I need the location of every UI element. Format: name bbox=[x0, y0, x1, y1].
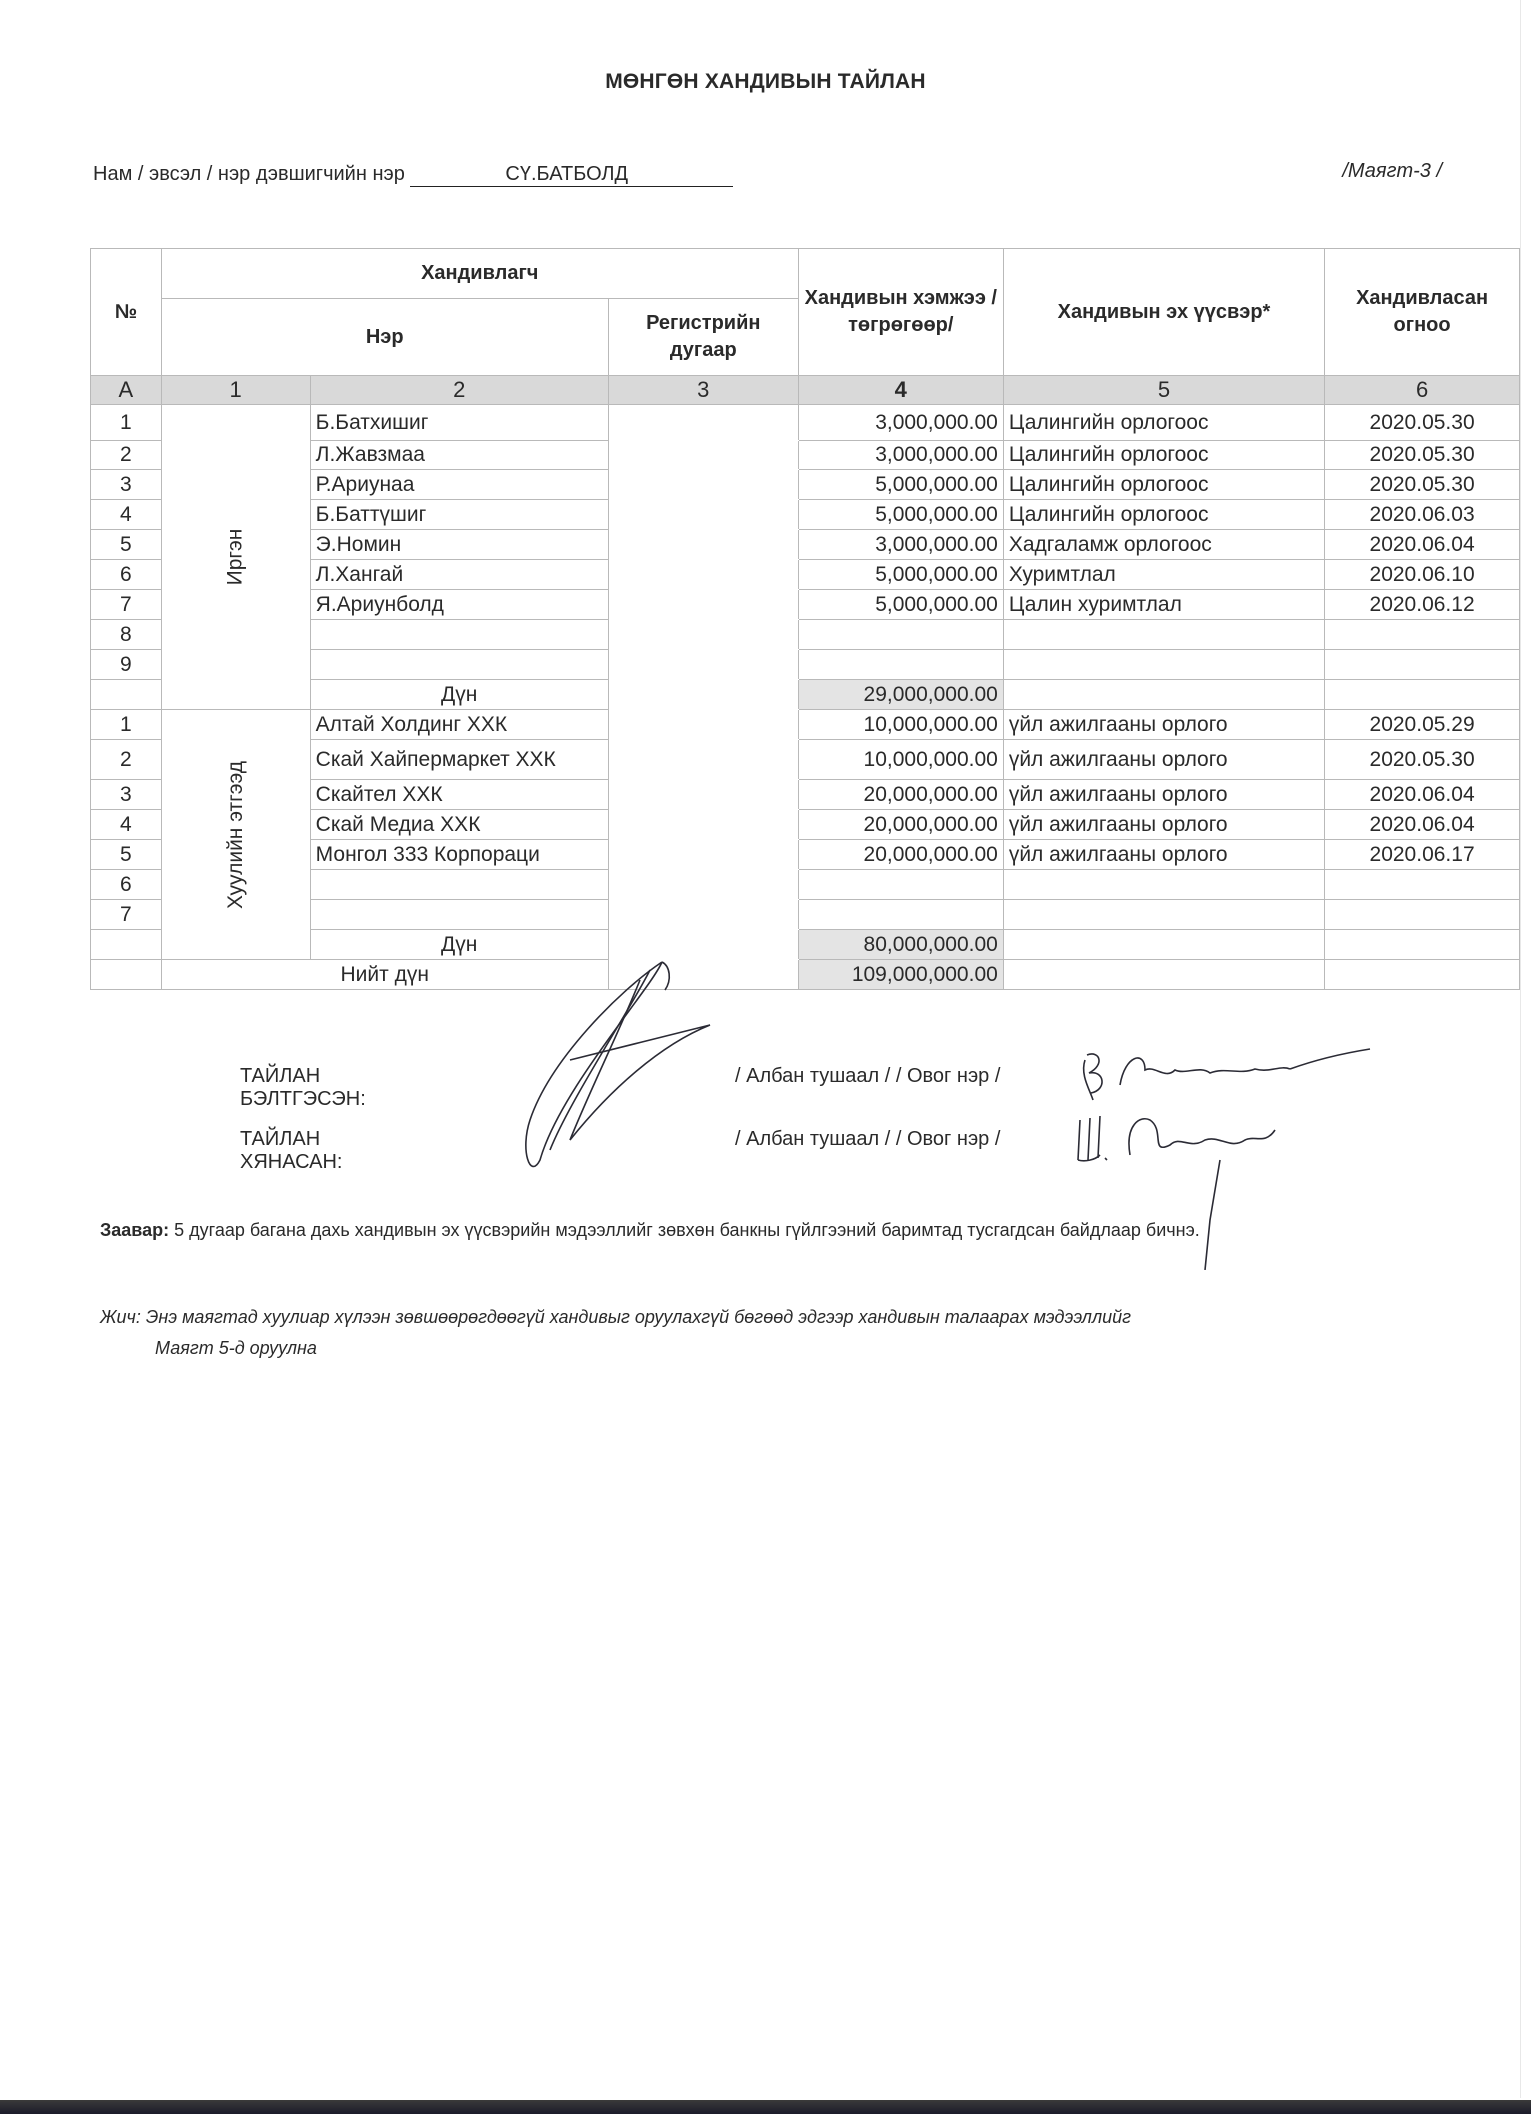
donation-table: № Хандивлагч Хандивын хэмжээ /төгрөгөөр/… bbox=[90, 248, 1520, 990]
donation-source: үйл ажилгааны орлого bbox=[1003, 810, 1324, 840]
subtotal-source-empty bbox=[1003, 930, 1324, 960]
candidate-name: СҮ.БАТБОЛД bbox=[505, 163, 628, 185]
row-number: 3 bbox=[91, 470, 162, 500]
donation-amount: 20,000,000.00 bbox=[798, 840, 1003, 870]
donor-name: Алтай Холдинг ХХК bbox=[310, 710, 608, 740]
group-label-text: Иргэн bbox=[224, 529, 248, 586]
donor-group-label: Иргэн bbox=[161, 405, 310, 710]
index-cell: 3 bbox=[608, 376, 798, 405]
scan-edge bbox=[0, 2100, 1531, 2114]
donation-amount: 5,000,000.00 bbox=[798, 590, 1003, 620]
donation-date: 2020.05.29 bbox=[1325, 710, 1520, 740]
header-source: Хандивын эх үүсвэр* bbox=[1003, 249, 1324, 376]
grand-total-source-empty bbox=[1003, 960, 1324, 990]
row-number: 2 bbox=[91, 441, 162, 470]
registration-number bbox=[608, 780, 798, 810]
subtotal-date-empty bbox=[1325, 680, 1520, 710]
header-amount: Хандивын хэмжээ /төгрөгөөр/ bbox=[798, 249, 1003, 376]
row-number: 3 bbox=[91, 780, 162, 810]
candidate-line: Нам / эвсэл / нэр дэвшигчийн нэр СҮ.БАТБ… bbox=[93, 163, 733, 187]
subtotal-label: Дүн bbox=[310, 680, 608, 710]
header-name: Нэр bbox=[161, 299, 608, 376]
row-number: 6 bbox=[91, 560, 162, 590]
donation-date: 2020.06.17 bbox=[1325, 840, 1520, 870]
signature-prepared-icon bbox=[1075, 1045, 1375, 1105]
donation-amount: 20,000,000.00 bbox=[798, 810, 1003, 840]
header-donor: Хандивлагч bbox=[161, 249, 798, 299]
prepared-label: ТАЙЛАН БЭЛТГЭСЭН: bbox=[240, 1065, 366, 1111]
grand-total-amount: 109,000,000.00 bbox=[798, 960, 1003, 990]
row-number: 5 bbox=[91, 530, 162, 560]
donation-source bbox=[1003, 620, 1324, 650]
donation-date: 2020.06.03 bbox=[1325, 500, 1520, 530]
subtotal-empty bbox=[91, 930, 162, 960]
row-number: 4 bbox=[91, 500, 162, 530]
donation-amount: 5,000,000.00 bbox=[798, 560, 1003, 590]
registration-number bbox=[608, 650, 798, 680]
donor-name: Скайтел ХХК bbox=[310, 780, 608, 810]
donor-name: Монгол 333 Корпораци bbox=[310, 840, 608, 870]
row-number: 8 bbox=[91, 620, 162, 650]
row-number: 4 bbox=[91, 810, 162, 840]
instruction-label: Заавар: bbox=[100, 1220, 169, 1240]
donation-amount: 10,000,000.00 bbox=[798, 740, 1003, 780]
registration-number bbox=[608, 710, 798, 740]
index-cell: 1 bbox=[161, 376, 310, 405]
donation-source: Хуримтлал bbox=[1003, 560, 1324, 590]
registration-number bbox=[608, 560, 798, 590]
donation-amount bbox=[798, 620, 1003, 650]
registration-number bbox=[608, 680, 798, 710]
subtotal-amount: 29,000,000.00 bbox=[798, 680, 1003, 710]
registration-number bbox=[608, 405, 798, 441]
row-number: 7 bbox=[91, 590, 162, 620]
donation-date bbox=[1325, 650, 1520, 680]
donor-name: Б.Батхишиг bbox=[310, 405, 608, 441]
document-title: МӨНГӨН ХАНДИВЫН ТАЙЛАН bbox=[0, 70, 1531, 94]
donor-name: Л.Жавзмаа bbox=[310, 441, 608, 470]
subtotal-amount: 80,000,000.00 bbox=[798, 930, 1003, 960]
registration-number bbox=[608, 620, 798, 650]
donation-source bbox=[1003, 900, 1324, 930]
form-code: /Маягт-3 / bbox=[1342, 160, 1442, 183]
signature-reviewed-icon bbox=[1070, 1110, 1330, 1270]
registration-number bbox=[608, 740, 798, 780]
row-number: 9 bbox=[91, 650, 162, 680]
index-cell: 2 bbox=[310, 376, 608, 405]
subtotal-source-empty bbox=[1003, 680, 1324, 710]
row-number: 5 bbox=[91, 840, 162, 870]
donation-date: 2020.06.12 bbox=[1325, 590, 1520, 620]
donation-source: Цалингийн орлогоос bbox=[1003, 405, 1324, 441]
reviewed-fields: / Албан тушаал / / Овог нэр / bbox=[735, 1128, 1000, 1151]
index-cell: 6 bbox=[1325, 376, 1520, 405]
remark-note: Жич: Энэ маягтад хуулиар хүлээн зөвшөөрө… bbox=[100, 1302, 1131, 1364]
donation-date: 2020.06.04 bbox=[1325, 530, 1520, 560]
index-cell: А bbox=[91, 376, 162, 405]
donation-date bbox=[1325, 870, 1520, 900]
donation-source: Цалингийн орлогоос bbox=[1003, 441, 1324, 470]
donation-source: үйл ажилгааны орлого bbox=[1003, 780, 1324, 810]
signature-stamp-icon bbox=[500, 950, 740, 1190]
donation-date bbox=[1325, 620, 1520, 650]
registration-number bbox=[608, 590, 798, 620]
row-number: 6 bbox=[91, 870, 162, 900]
table-row: 1Хуулийн этгээдАлтай Холдинг ХХК10,000,0… bbox=[91, 710, 1520, 740]
instruction-text: 5 дугаар багана дахь хандивын эх үүсвэри… bbox=[169, 1220, 1200, 1240]
donation-source: үйл ажилгааны орлого bbox=[1003, 710, 1324, 740]
donation-amount: 20,000,000.00 bbox=[798, 780, 1003, 810]
donor-name bbox=[310, 870, 608, 900]
donor-name: Э.Номин bbox=[310, 530, 608, 560]
donation-amount bbox=[798, 650, 1003, 680]
remark-line-2: Маягт 5-д оруулна bbox=[100, 1333, 1131, 1364]
donation-amount: 3,000,000.00 bbox=[798, 530, 1003, 560]
donation-source: Цалин хуримтлал bbox=[1003, 590, 1324, 620]
donation-amount: 3,000,000.00 bbox=[798, 405, 1003, 441]
subtotal-date-empty bbox=[1325, 930, 1520, 960]
donation-date: 2020.05.30 bbox=[1325, 405, 1520, 441]
registration-number bbox=[608, 500, 798, 530]
donor-name: Р.Ариунаа bbox=[310, 470, 608, 500]
remark-line-1: Жич: Энэ маягтад хуулиар хүлээн зөвшөөрө… bbox=[100, 1302, 1131, 1333]
donation-source: Цалингийн орлогоос bbox=[1003, 470, 1324, 500]
registration-number bbox=[608, 441, 798, 470]
donation-amount: 3,000,000.00 bbox=[798, 441, 1003, 470]
registration-number bbox=[608, 840, 798, 870]
header-no: № bbox=[91, 249, 162, 376]
registration-number bbox=[608, 810, 798, 840]
grand-total-row: Нийт дүн109,000,000.00 bbox=[91, 960, 1520, 990]
donor-name bbox=[310, 650, 608, 680]
prepared-fields: / Албан тушаал / / Овог нэр / bbox=[735, 1065, 1000, 1088]
donation-source: үйл ажилгааны орлого bbox=[1003, 740, 1324, 780]
donor-group-label: Хуулийн этгээд bbox=[161, 710, 310, 960]
donation-date: 2020.06.04 bbox=[1325, 780, 1520, 810]
donation-amount: 10,000,000.00 bbox=[798, 710, 1003, 740]
header-date: Хандивласан огноо bbox=[1325, 249, 1520, 376]
row-number: 1 bbox=[91, 405, 162, 441]
reviewed-label: ТАЙЛАН ХЯНАСАН: bbox=[240, 1128, 342, 1174]
registration-number bbox=[608, 870, 798, 900]
donation-source bbox=[1003, 870, 1324, 900]
index-cell: 4 bbox=[798, 376, 1003, 405]
column-index-row: А 1 2 3 4 5 6 bbox=[91, 376, 1520, 405]
subtotal-empty bbox=[91, 680, 162, 710]
donation-amount bbox=[798, 900, 1003, 930]
donor-name: Я.Ариунболд bbox=[310, 590, 608, 620]
donation-date: 2020.05.30 bbox=[1325, 740, 1520, 780]
index-cell: 5 bbox=[1003, 376, 1324, 405]
group-label-text: Хуулийн этгээд bbox=[224, 761, 248, 909]
donor-name bbox=[310, 900, 608, 930]
donor-name: Л.Хангай bbox=[310, 560, 608, 590]
donation-date: 2020.06.10 bbox=[1325, 560, 1520, 590]
row-number: 1 bbox=[91, 710, 162, 740]
registration-number bbox=[608, 470, 798, 500]
donation-date: 2020.05.30 bbox=[1325, 470, 1520, 500]
grand-total-empty bbox=[91, 960, 162, 990]
donation-source: Хадгаламж орлогоос bbox=[1003, 530, 1324, 560]
donation-amount: 5,000,000.00 bbox=[798, 500, 1003, 530]
instruction-note: Заавар: 5 дугаар багана дахь хандивын эх… bbox=[100, 1220, 1200, 1241]
donor-name: Скай Медиа ХХК bbox=[310, 810, 608, 840]
donor-name: Скай Хайпермаркет ХХК bbox=[310, 740, 608, 780]
document-page: МӨНГӨН ХАНДИВЫН ТАЙЛАН Нам / эвсэл / нэр… bbox=[0, 0, 1521, 2098]
table-row: 1ИргэнБ.Батхишиг3,000,000.00Цалингийн ор… bbox=[91, 405, 1520, 441]
registration-number bbox=[608, 900, 798, 930]
donation-date bbox=[1325, 900, 1520, 930]
donation-source: үйл ажилгааны орлого bbox=[1003, 840, 1324, 870]
donation-amount: 5,000,000.00 bbox=[798, 470, 1003, 500]
donation-source bbox=[1003, 650, 1324, 680]
row-number: 7 bbox=[91, 900, 162, 930]
row-number: 2 bbox=[91, 740, 162, 780]
donation-amount bbox=[798, 870, 1003, 900]
donor-name bbox=[310, 620, 608, 650]
header-registration: Регистрийн дугаар bbox=[608, 299, 798, 376]
donor-name: Б.Баттүшиг bbox=[310, 500, 608, 530]
donation-date: 2020.06.04 bbox=[1325, 810, 1520, 840]
candidate-name-field: СҮ.БАТБОЛД bbox=[410, 163, 733, 187]
registration-number bbox=[608, 530, 798, 560]
candidate-label: Нам / эвсэл / нэр дэвшигчийн нэр bbox=[93, 163, 405, 185]
donation-source: Цалингийн орлогоос bbox=[1003, 500, 1324, 530]
donation-date: 2020.05.30 bbox=[1325, 441, 1520, 470]
grand-total-date-empty bbox=[1325, 960, 1520, 990]
